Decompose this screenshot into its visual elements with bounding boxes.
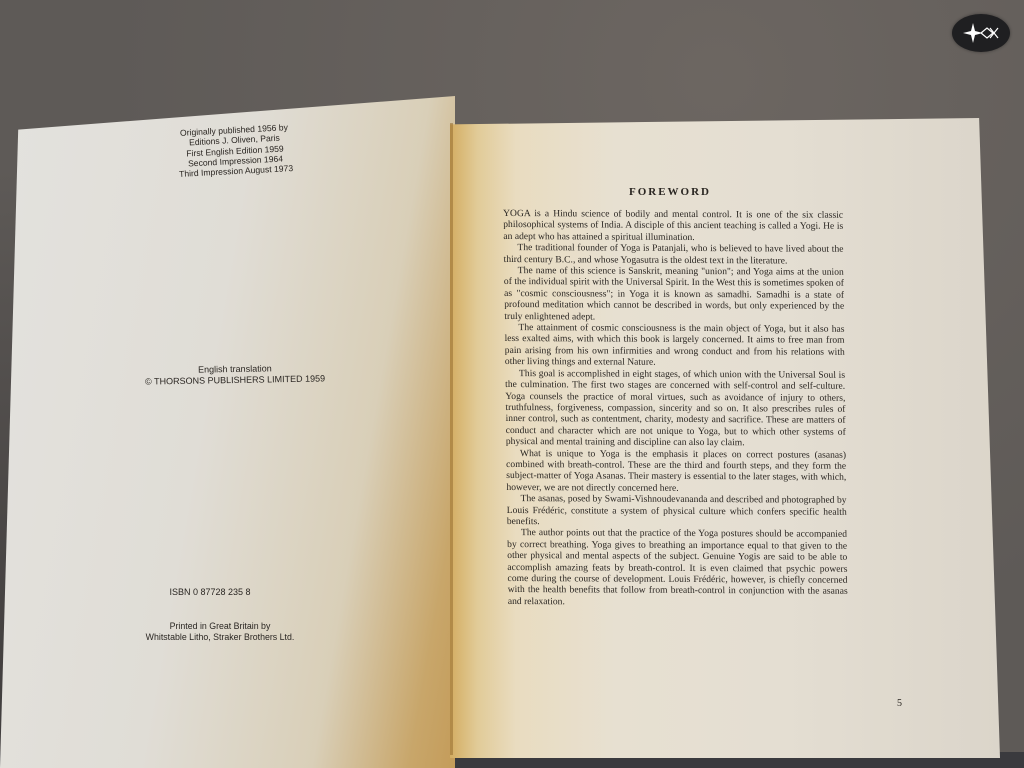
paragraph: The asanas, posed by Swami-Vishnoudevana… bbox=[506, 493, 846, 529]
corner-logo-badge[interactable] bbox=[952, 14, 1010, 52]
book-gutter bbox=[450, 123, 453, 755]
publication-history: Originally published 1956 by Editions J.… bbox=[159, 121, 311, 180]
paragraph: The traditional founder of Yoga is Patan… bbox=[503, 242, 843, 267]
paragraph: YOGA is a Hindu science of bodily and me… bbox=[503, 208, 843, 244]
diamond-sparkle-logo-icon bbox=[961, 20, 1001, 46]
printer-line: Whitstable Litho, Straker Brothers Ltd. bbox=[115, 632, 325, 643]
chapter-title: FOREWORD bbox=[560, 186, 780, 198]
paragraph: The attainment of cosmic consciousness i… bbox=[504, 322, 845, 369]
paragraph: The author points out that the practice … bbox=[507, 527, 848, 609]
paragraph: What is unique to Yoga is the emphasis i… bbox=[506, 448, 847, 495]
printer-credit: Printed in Great Britain by Whitstable L… bbox=[115, 621, 325, 643]
page-number: 5 bbox=[897, 698, 902, 709]
isbn: ISBN 0 87728 235 8 bbox=[140, 587, 280, 597]
paragraph: The name of this science is Sanskrit, me… bbox=[504, 265, 845, 324]
printer-line: Printed in Great Britain by bbox=[115, 621, 325, 632]
paragraph: This goal is accomplished in eight stage… bbox=[505, 368, 846, 450]
foreword-body: YOGA is a Hindu science of bodily and me… bbox=[503, 208, 848, 609]
left-page bbox=[0, 96, 455, 768]
translation-notice: English translation © THORSONS PUBLISHER… bbox=[120, 362, 350, 388]
